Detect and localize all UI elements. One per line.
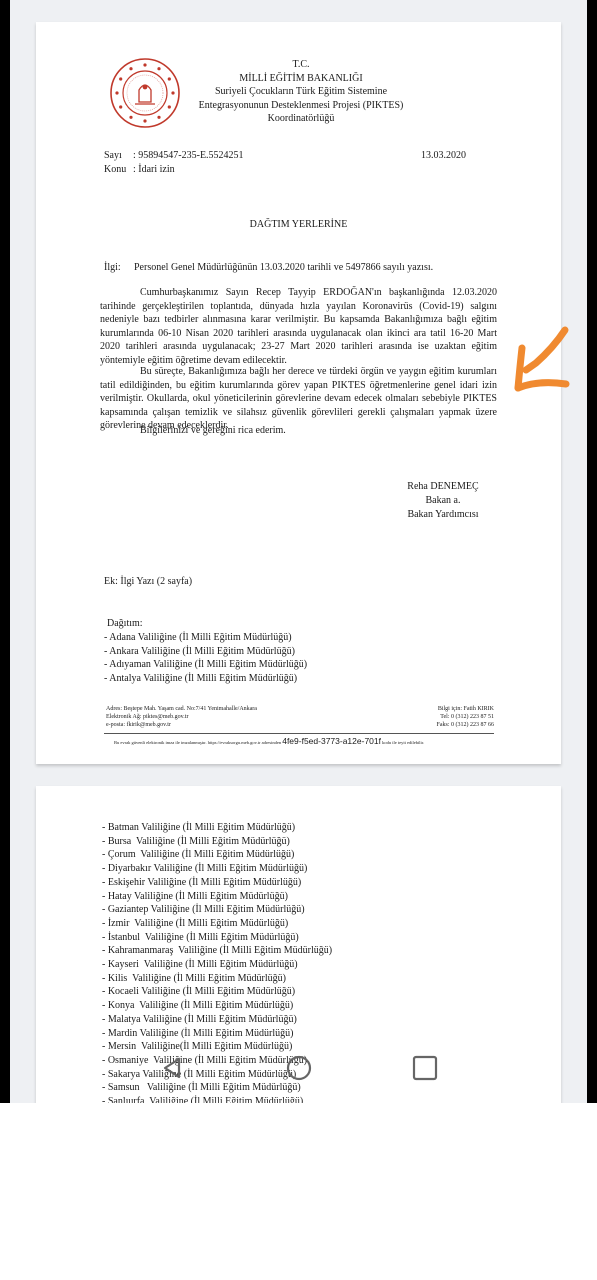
screen-edge-left <box>0 0 10 1103</box>
distribution-item: - Adana Valiliğine (İl Milli Eğitim Müdü… <box>104 631 307 645</box>
footer-address: Adres: Beştepe Mah. Yaşam cad. No:7/41 Y… <box>106 705 257 713</box>
distribution-item: - Konya Valiliğine (İl Milli Eğitim Müdü… <box>102 999 332 1013</box>
footer-email: e-posta: fkirik@meb.gov.tr <box>106 721 171 729</box>
distribution-item: - Mardin Valiliğine (İl Milli Eğitim Müd… <box>102 1027 332 1041</box>
paragraph-1-text: Cumhurbaşkanımız Sayın Recep Tayyip ERDO… <box>100 287 497 366</box>
distribution-item: - Diyarbakır Valiliğine (İl Milli Eğitim… <box>102 862 332 876</box>
letterhead: T.C. MİLLİ EĞİTİM BAKANLIĞI Suriyeli Çoc… <box>166 58 436 126</box>
distribution-item: - Gaziantep Valiliğine (İl Milli Eğitim … <box>102 903 332 917</box>
distribution-list-page-1: - Adana Valiliğine (İl Milli Eğitim Müdü… <box>104 631 307 686</box>
distribution-item: - Ankara Valiliğine (İl Milli Eğitim Müd… <box>104 645 307 659</box>
konu-value: : İdari izin <box>133 163 175 177</box>
distribution-item: - Eskişehir Valiliğine (İl Milli Eğitim … <box>102 876 332 890</box>
footer-verification: Bu evrak güvenli elektronik imza ile imz… <box>114 737 424 747</box>
paragraph-3: Bilgilerinizi ve gereğini rica ederim. <box>100 424 497 438</box>
hand-drawn-arrow-icon <box>508 318 578 418</box>
verification-code: 4fe9-f5ed-3773-a12e-701f <box>282 736 381 746</box>
blank-area <box>0 1103 597 1280</box>
letterhead-line4: Entegrasyonunun Desteklenmesi Projesi (P… <box>166 99 436 113</box>
footer-tel: Tel: 0 (312) 223 87 51 <box>419 713 494 721</box>
recipient-title: DAĞTIM YERLERİNE <box>36 218 561 232</box>
distribution-item: - Bursa Valiliğine (İl Milli Eğitim Müdü… <box>102 835 332 849</box>
letter-date: 13.03.2020 <box>421 149 466 163</box>
distribution-label: Dağıtım: <box>107 617 143 631</box>
footer-fax: Faks: 0 (312) 223 87 66 <box>419 721 494 729</box>
distribution-item: - Malatya Valiliğine (İl Milli Eğitim Mü… <box>102 1013 332 1027</box>
distribution-item: - İzmir Valiliğine (İl Milli Eğitim Müdü… <box>102 917 332 931</box>
signature-title-1: Bakan a. <box>388 494 498 508</box>
footer-web: Elektronik Ağ: piktes@meb.gov.tr <box>106 713 188 721</box>
nav-recents-button[interactable] <box>405 1048 445 1088</box>
attachment-note: Ek: İlgi Yazı (2 sayfa) <box>104 575 192 589</box>
letterhead-line3: Suriyeli Çocukların Türk Eğitim Sistemin… <box>166 85 436 99</box>
distribution-item: - Batman Valiliğine (İl Milli Eğitim Müd… <box>102 821 332 835</box>
distribution-item: - Kayseri Valiliğine (İl Milli Eğitim Mü… <box>102 958 332 972</box>
back-triangle-icon <box>157 1053 187 1083</box>
verification-suffix: kodu ile teyit edilebilir. <box>382 740 424 745</box>
signature-name: Reha DENEMEÇ <box>388 480 498 494</box>
system-navigation-bar <box>0 1048 597 1090</box>
document-viewer[interactable]: T.C. MİLLİ EĞİTİM BAKANLIĞI Suriyeli Çoc… <box>0 0 597 1103</box>
verification-text: Bu evrak güvenli elektronik imza ile imz… <box>114 740 281 745</box>
recents-square-icon <box>410 1053 440 1083</box>
paragraph-3-text: Bilgilerinizi ve gereğini rica ederim. <box>140 425 286 436</box>
sayi-label: Sayı <box>104 149 122 163</box>
distribution-item: - Adıyaman Valiliğine (İl Milli Eğitim M… <box>104 658 307 672</box>
screen-edge-right <box>587 0 597 1103</box>
signature-title-2: Bakan Yardımcısı <box>388 508 498 522</box>
letterhead-ministry: MİLLİ EĞİTİM BAKANLIĞI <box>166 72 436 86</box>
footer-info: Bilgi için: Fatih KIRIK <box>419 705 494 713</box>
footer-divider <box>104 733 494 734</box>
paragraph-2-text: Bu süreçte, Bakanlığımıza bağlı her dere… <box>100 366 497 431</box>
distribution-item: - Şanlıurfa Valiliğine (İl Milli Eğitim … <box>102 1095 332 1103</box>
konu-label: Konu <box>104 163 126 177</box>
distribution-item: - Kilis Valiliğine (İl Milli Eğitim Müdü… <box>102 972 332 986</box>
paragraph-1: Cumhurbaşkanımız Sayın Recep Tayyip ERDO… <box>100 286 497 367</box>
distribution-item: - Antalya Valiliğine (İl Milli Eğitim Mü… <box>104 672 307 686</box>
distribution-item: - Kocaeli Valiliğine (İl Milli Eğitim Mü… <box>102 985 332 999</box>
distribution-item: - Hatay Valiliğine (İl Milli Eğitim Müdü… <box>102 890 332 904</box>
ilgi-text: Personel Genel Müdürlüğünün 13.03.2020 t… <box>134 261 433 275</box>
distribution-item: - Kahramanmaraş Valiliğine (İl Milli Eği… <box>102 944 332 958</box>
ilgi-label: İlgi: <box>104 261 121 275</box>
nav-home-button[interactable] <box>279 1048 319 1088</box>
letterhead-line5: Koordinatörlüğü <box>166 112 436 126</box>
letterhead-tc: T.C. <box>166 58 436 72</box>
distribution-item: - İstanbul Valiliğine (İl Milli Eğitim M… <box>102 931 332 945</box>
document-page-1: T.C. MİLLİ EĞİTİM BAKANLIĞI Suriyeli Çoc… <box>36 22 561 764</box>
home-circle-icon <box>284 1053 314 1083</box>
paragraph-2: Bu süreçte, Bakanlığımıza bağlı her dere… <box>100 365 497 433</box>
nav-back-button[interactable] <box>152 1048 192 1088</box>
sayi-value: : 95894547-235-E.5524251 <box>133 149 244 163</box>
distribution-item: - Çorum Valiliğine (İl Milli Eğitim Müdü… <box>102 848 332 862</box>
